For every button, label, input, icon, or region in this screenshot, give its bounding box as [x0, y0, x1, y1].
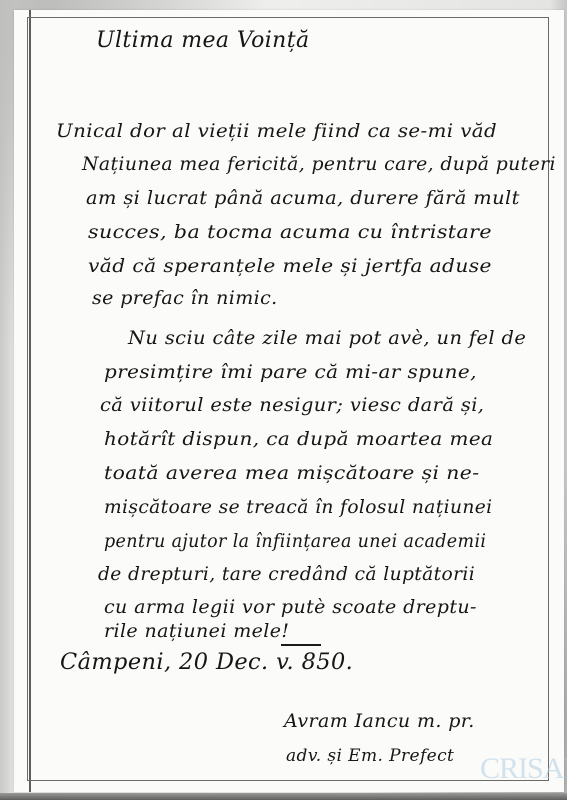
- body-line-10: hotărît dispun, ca după moartea mea: [104, 428, 493, 450]
- body-line-5: văd că speranțele mele și jertfa aduse: [88, 255, 492, 277]
- body-line-16: rile națiunei mele!: [104, 620, 289, 642]
- photo-bottom-edge: [0, 793, 567, 800]
- signature-title: adv. și Em. Prefect: [286, 746, 454, 766]
- body-line-4: succes, ba tocma acuma cu întristare: [88, 221, 492, 243]
- body-line-1: Unical dor al vieții mele fiind ca se-mi…: [56, 120, 497, 142]
- body-line-8: presimțire îmi pare că mi-ar spune,: [104, 361, 477, 383]
- document-title: Ultima mea Voință: [96, 28, 310, 53]
- body-line-6: se prefac în nimic.: [92, 287, 278, 309]
- body-line-7: Nu sciu câte zile mai pot avè, un fel de: [128, 327, 526, 349]
- body-line-2: Națiunea mea fericită, pentru care, după…: [82, 153, 556, 175]
- body-line-12: mișcătoare se treacă în folosul națiunei: [104, 496, 493, 518]
- body-line-13: pentru ajutor la înființarea unei academ…: [104, 530, 486, 552]
- date-overline: [281, 644, 321, 646]
- body-line-11: toată averea mea mișcătoare și ne-: [104, 462, 480, 484]
- watermark: CRISANA: [480, 752, 567, 786]
- body-line-9: că viitorul este nesigur; viesc dară și,: [100, 394, 484, 416]
- signature: Avram Iancu m. pr.: [284, 710, 475, 732]
- place-date: Câmpeni, 20 Dec. v. 850.: [60, 650, 353, 675]
- body-line-14: de drepturi, tare credând că luptătorii: [98, 563, 475, 585]
- body-line-15: cu arma legii vor putè scoate dreptu-: [104, 596, 477, 618]
- body-line-3: am și lucrat până acuma, durere fără mul…: [86, 187, 520, 209]
